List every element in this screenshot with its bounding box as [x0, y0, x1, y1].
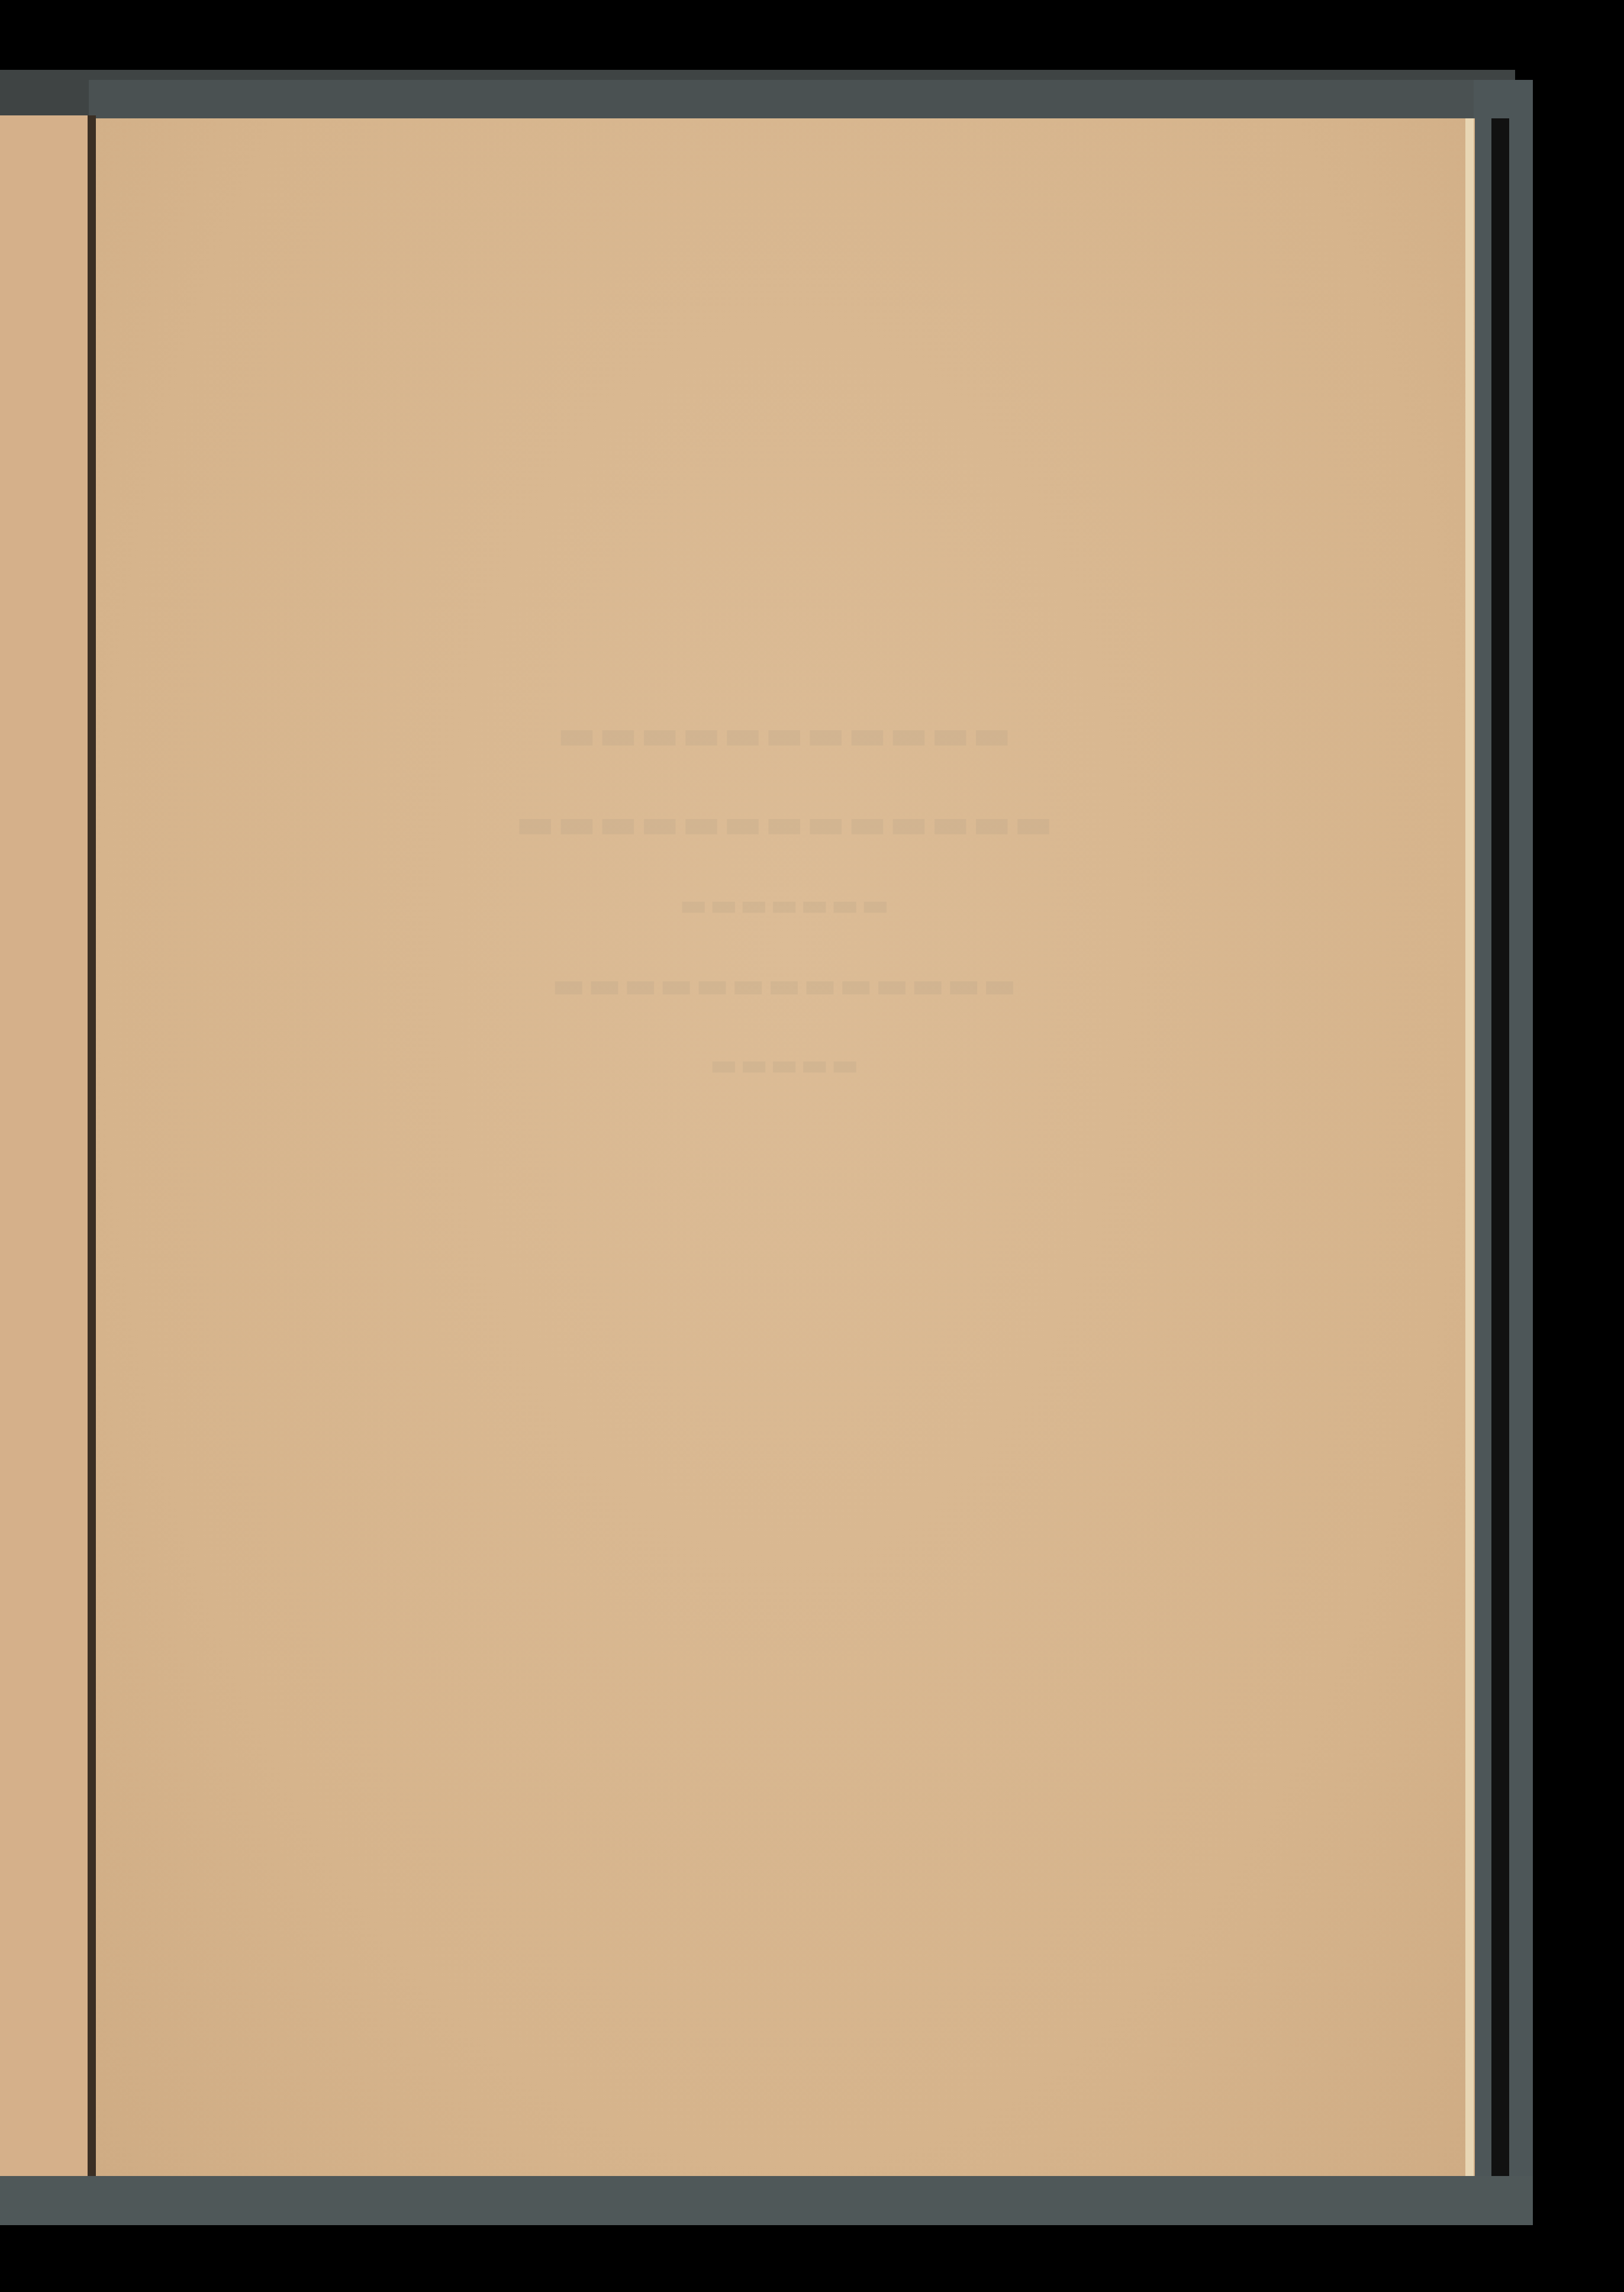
- page-stack-edge: [1465, 118, 1474, 2176]
- blank-page: ▬▬▬▬▬▬▬▬▬▬▬ ▬▬▬▬▬▬▬▬▬▬▬▬▬ ▬▬▬▬▬▬▬ ▬▬▬▬▬▬…: [96, 118, 1475, 2176]
- board-inner-shadow: [1491, 118, 1509, 2176]
- show-through-text: ▬▬▬▬▬▬▬: [96, 888, 1475, 922]
- binding-gutter: [88, 115, 96, 2176]
- show-through-text: ▬▬▬▬▬: [96, 1047, 1475, 1082]
- left-leaf-edge: [0, 115, 88, 2176]
- cover-board-bottom: [0, 2176, 1533, 2225]
- cover-board-top-edge: [89, 80, 1533, 118]
- show-through-text: ▬▬▬▬▬▬▬▬▬▬▬▬▬: [96, 799, 1475, 847]
- show-through-text: ▬▬▬▬▬▬▬▬▬▬▬: [96, 710, 1475, 759]
- show-through-text: ▬▬▬▬▬▬▬▬▬▬▬▬▬: [96, 965, 1475, 1006]
